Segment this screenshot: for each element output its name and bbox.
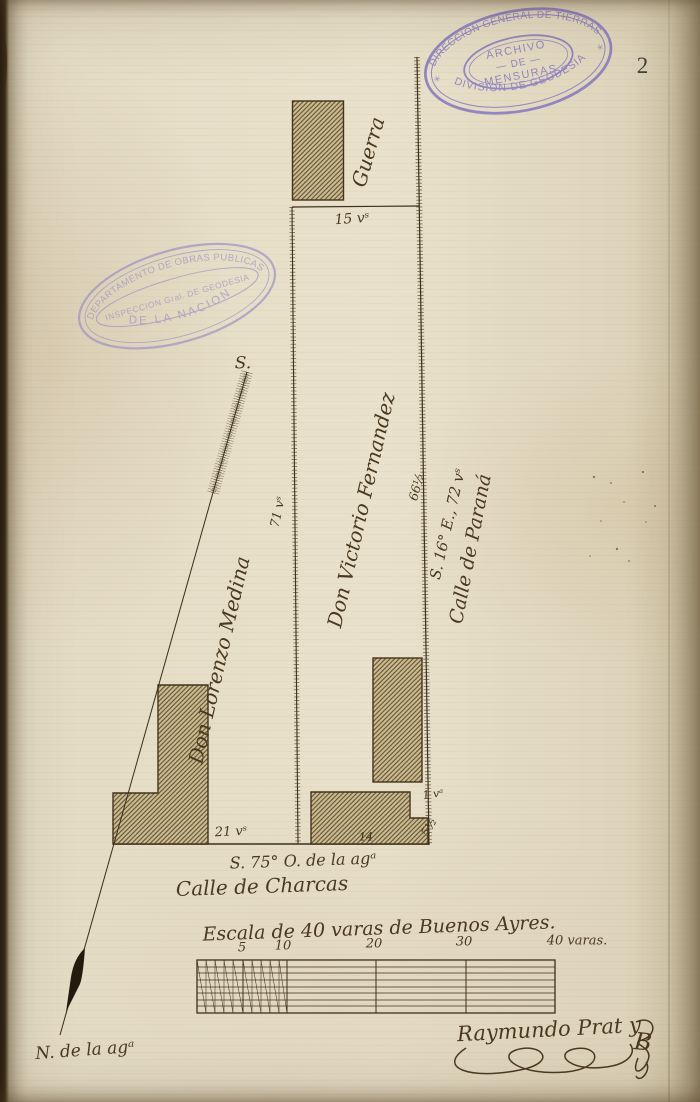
parcel-west-line (292, 207, 298, 844)
scale-end-label: 40 varas. (547, 935, 608, 948)
ink-specks (589, 471, 656, 562)
parcel-north-line (292, 206, 419, 207)
page-number: 2 (637, 53, 650, 79)
page-edge-right (670, 0, 700, 1102)
needle-arrowhead (66, 948, 85, 1012)
building-west (113, 685, 208, 844)
building-east (373, 658, 422, 782)
scale-tick-10: 10 (275, 940, 292, 953)
street-charcas-label: Calle de Charcas (176, 873, 349, 899)
scale-tick-5: 5 (238, 942, 246, 955)
measure-south-gap: 21 vˢ (214, 825, 247, 840)
measure-north-side: 15 vˢ (334, 211, 370, 227)
measure-strip: 14 (359, 832, 373, 843)
scale-bar (197, 960, 555, 1013)
star-icon: ✳ (596, 42, 605, 52)
document-page: 2 S. Guerra 15 vˢ Don Victorio Fernandez… (0, 0, 700, 1102)
scale-tick-30: 30 (456, 936, 473, 949)
binding-edge (0, 0, 9, 1102)
signature-paraph: B (633, 1029, 653, 1055)
needle-south-label: S. (235, 356, 251, 373)
building-north (293, 101, 344, 200)
scale-tick-20: 20 (366, 938, 383, 951)
star-icon: ✳ (433, 74, 442, 84)
measure-gap-east: 1 vᵃ (422, 787, 444, 801)
